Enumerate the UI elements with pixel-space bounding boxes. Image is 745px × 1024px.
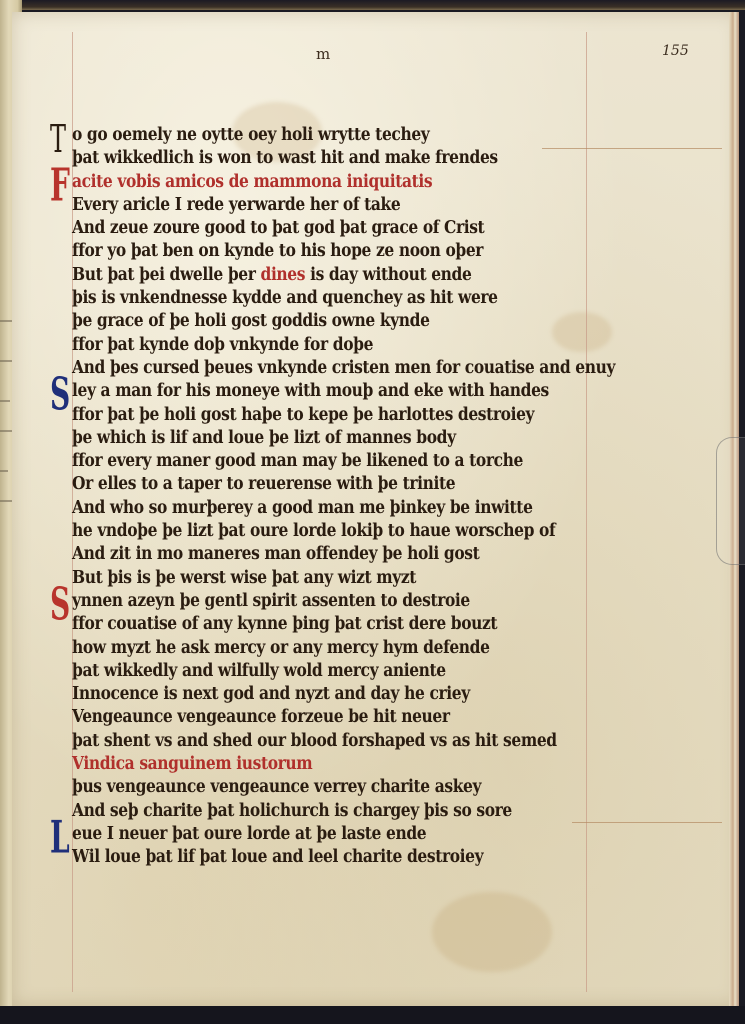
text-block: To go oemely ne oytte oey holi wrytte te… (62, 124, 702, 870)
quire-mark: m (316, 45, 330, 63)
text-line: Wil loue þat lif þat loue and leel chari… (62, 843, 702, 870)
book-bottom-edge (0, 1006, 745, 1024)
rubric-word: dines (261, 263, 306, 285)
text-line: ffor couatise of any kynne þing þat cris… (62, 610, 702, 637)
folio-number: 155 (662, 43, 689, 59)
book-top-edge (0, 0, 745, 10)
page-tab-marker[interactable] (716, 437, 745, 565)
